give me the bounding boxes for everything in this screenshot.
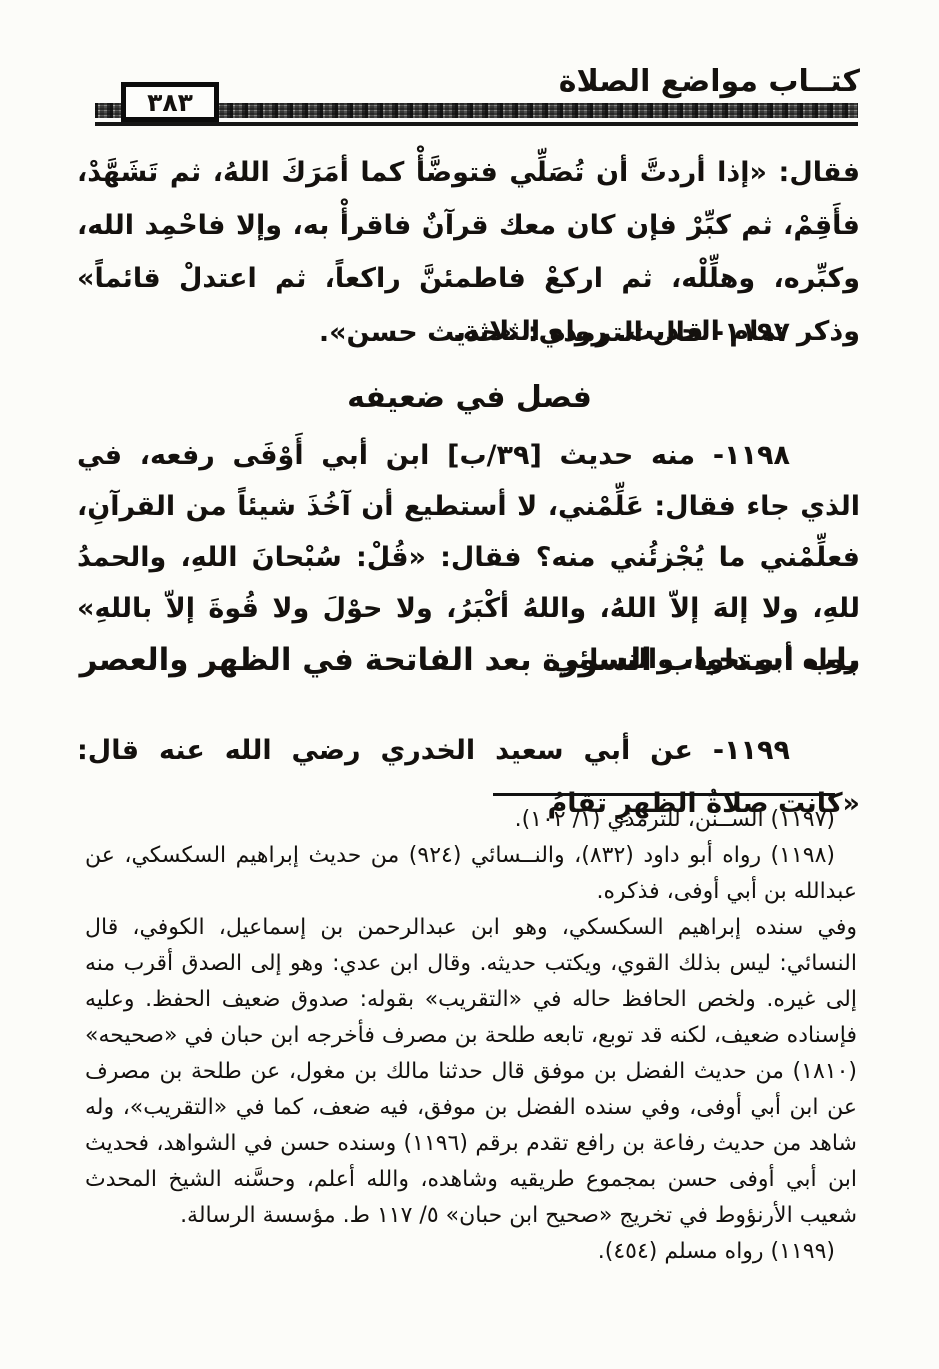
footnote-1197: (١١٩٧) الســنن، للترمذي (١/ ١٠٢). (85, 802, 857, 838)
footnotes-block: (١١٩٧) الســنن، للترمذي (١/ ١٠٢). (١١٩٨)… (85, 802, 857, 1270)
footnote-1199: (١١٩٩) رواه مسلم (٤٥٤). (85, 1234, 857, 1270)
page-number-box: ٣٨٣ (121, 82, 219, 122)
footnote-separator (493, 793, 835, 796)
running-head-book-title: كتــاب مواضع الصلاة (559, 64, 860, 99)
hadith-1197: ١١٩٧- قال الترمذي: «حديث حسن». (77, 306, 860, 359)
book-page: كتــاب مواضع الصلاة ٣٨٣ فقال: «إذا أردتَ… (0, 0, 939, 1369)
footnote-1198: (١١٩٨) رواه أبو داود (٨٣٢)، والنــسائي (… (85, 838, 857, 910)
header-rule (95, 122, 858, 126)
chapter-heading-bab: باب استحباب السورة بعد الفاتحة في الظهر … (0, 642, 939, 678)
page-number: ٣٨٣ (147, 88, 193, 117)
footnote-1198-commentary: وفي سنده إبراهيم السكسكي، وهو ابن عبدالر… (85, 910, 857, 1234)
section-heading-fasl: فصل في ضعيفه (0, 380, 939, 415)
